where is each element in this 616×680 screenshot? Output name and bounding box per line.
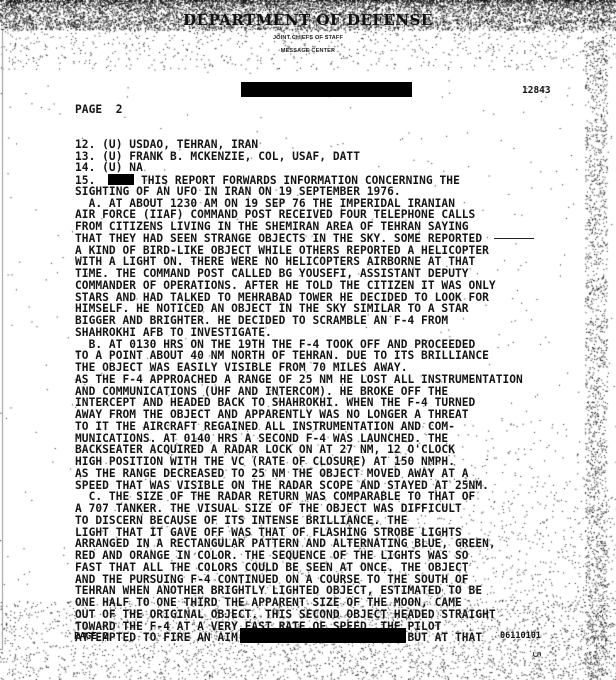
message-line: COMMANDER OF OPERATIONS. AFTER HE TOLD T… <box>75 280 615 292</box>
message-line: SHAHROKHI AFB TO INVESTIGATE. <box>75 327 615 339</box>
agency-title: DEPARTMENT OF DEFENSE <box>0 11 616 29</box>
message-line: 12. (U) USDAO, TEHRAN, IRAN <box>75 139 615 151</box>
classification-redaction <box>108 174 134 185</box>
message-line: FROM CITIZENS LIVING IN THE SHEMIRAN ARE… <box>75 221 615 233</box>
message-line: AWAY FROM THE OBJECT AND APPARENTLY WAS … <box>75 409 615 421</box>
message-line: ONE HALF TO ONE THIRD THE APPARENT SIZE … <box>75 597 615 609</box>
message-line: TO IT THE AIRCRAFT REGAINED ALL INSTRUME… <box>75 421 615 433</box>
message-line: TIME. THE COMMAND POST CALLED BG YOUSEFI… <box>75 268 615 280</box>
message-line: 15. THIS REPORT FORWARDS INFORMATION CON… <box>75 174 615 186</box>
message-line: 14. (U) NA <box>75 162 615 174</box>
agency-subtitle: JOINT CHIEFS OF STAFF <box>0 35 616 41</box>
footer-page-label: PAGE 2 <box>74 631 108 642</box>
message-line: THE OBJECT WAS EASILY VISIBLE FROM 70 MI… <box>75 362 615 374</box>
message-line: THAT THEY HAD SEEN STRANGE OBJECTS IN TH… <box>75 233 615 245</box>
message-line: TO DISCERN BECAUSE OF ITS INTENSE BRILLI… <box>75 515 615 527</box>
message-line: SIGHTING OF AN UFO IN IRAN ON 19 SEPTEMB… <box>75 186 615 198</box>
redaction-bar <box>240 628 406 643</box>
message-line: BIGGER AND BRIGHTER. HE DECIDED TO SCRAM… <box>75 315 615 327</box>
message-line: AS THE RANGE DECREASED TO 25 NM THE OBJE… <box>75 468 615 480</box>
message-line: HIGH POSITION WITH THE VC (RATE OF CLOSU… <box>75 456 615 468</box>
message-line: AS THE F-4 APPROACHED A RANGE OF 25 NM H… <box>75 374 615 386</box>
message-line: FAST THAT ALL THE COLORS COULD BE SEEN A… <box>75 562 615 574</box>
document-page: DEPARTMENT OF DEFENSE JOINT CHIEFS OF ST… <box>0 0 616 680</box>
page-label: PAGE 2 <box>75 104 615 116</box>
message-line: OUT OF THE ORIGINAL OBJECT. THIS SECOND … <box>75 609 615 621</box>
message-body: PAGE 2 12. (U) USDAO, TEHRAN, IRAN13. (U… <box>75 80 615 644</box>
message-line: RED AND ORANGE IN COLOR. THE SEQUENCE OF… <box>75 550 615 562</box>
handwritten-mark: 5 <box>530 651 543 658</box>
message-line: 13. (U) FRANK B. MCKENZIE, COL, USAF, DA… <box>75 151 615 163</box>
message-line: A 707 TANKER. THE VISUAL SIZE OF THE OBJ… <box>75 503 615 515</box>
message-center-label: MESSAGE CENTER <box>0 48 616 54</box>
footer-sequence-number: 06110101 <box>500 631 541 641</box>
handwritten-underline <box>494 238 534 239</box>
